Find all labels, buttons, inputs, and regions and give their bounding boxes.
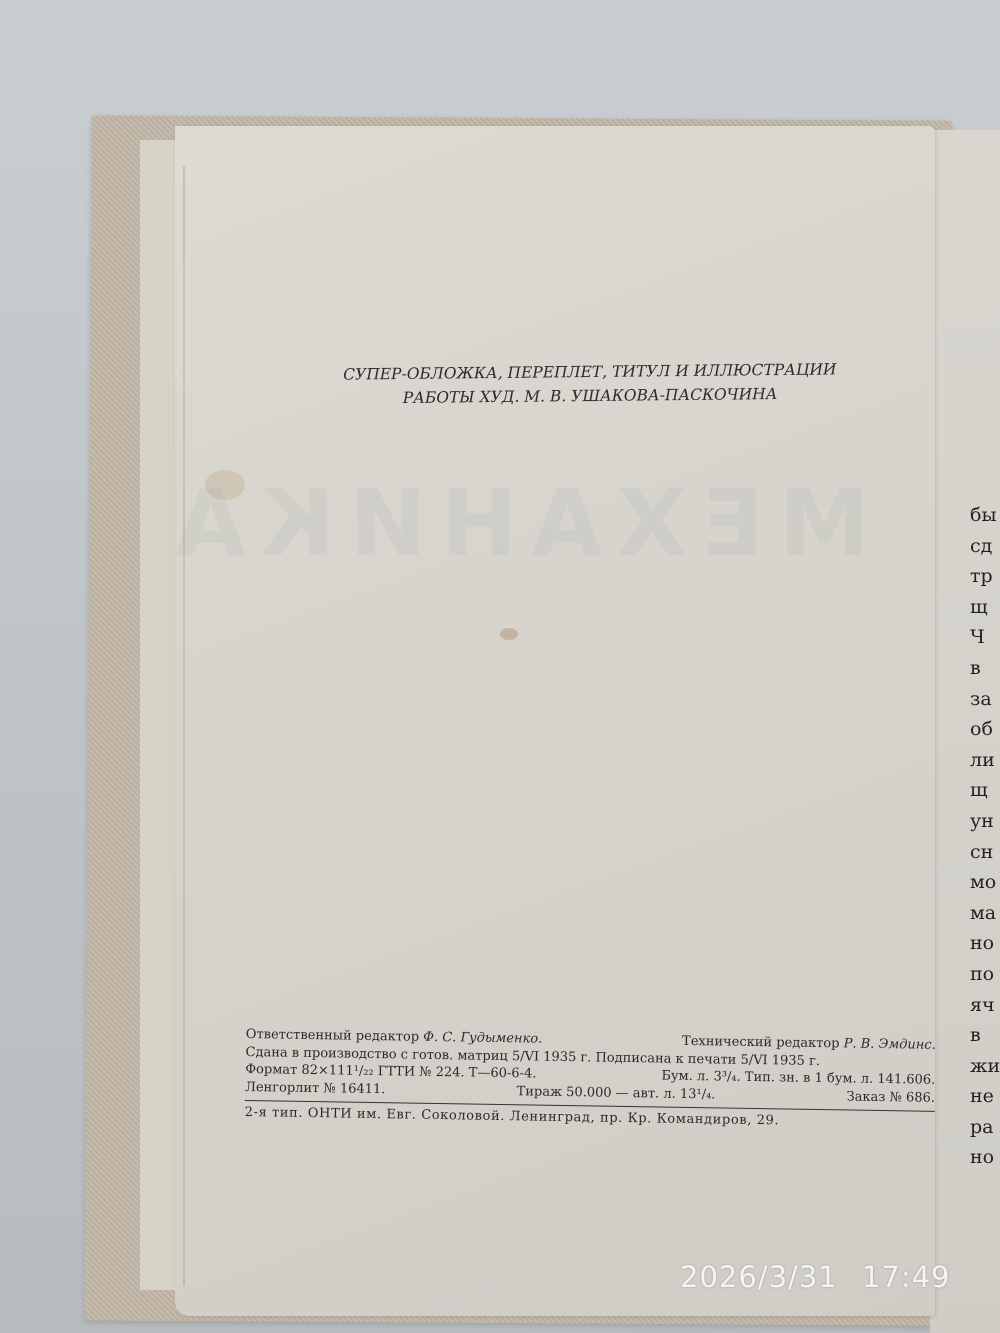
imprint-block: Ответственный редактор Ф. С. Гудыменко. … bbox=[244, 1026, 935, 1132]
responsible-editor-name: Ф. С. Гудыменко. bbox=[423, 1030, 542, 1047]
imprint-page bbox=[175, 126, 935, 1316]
right-page-text-fragments: бы сд тр щ Ч в за об ли щ ун сн мо ма но… bbox=[970, 500, 1000, 1173]
technical-editor-name: Р. В. Эмдинс. bbox=[844, 1036, 936, 1052]
showthrough-title: МЕХАНИКА bbox=[310, 470, 870, 577]
paper-stain bbox=[500, 628, 518, 640]
page-fold-line bbox=[183, 166, 185, 1286]
illustration-credits: СУПЕР-ОБЛОЖКА, ПЕРЕПЛЕТ, ТИТУЛ И ИЛЛЮСТР… bbox=[330, 357, 850, 410]
photo-timestamp: 2026/3/31 17:49 bbox=[680, 1260, 951, 1294]
